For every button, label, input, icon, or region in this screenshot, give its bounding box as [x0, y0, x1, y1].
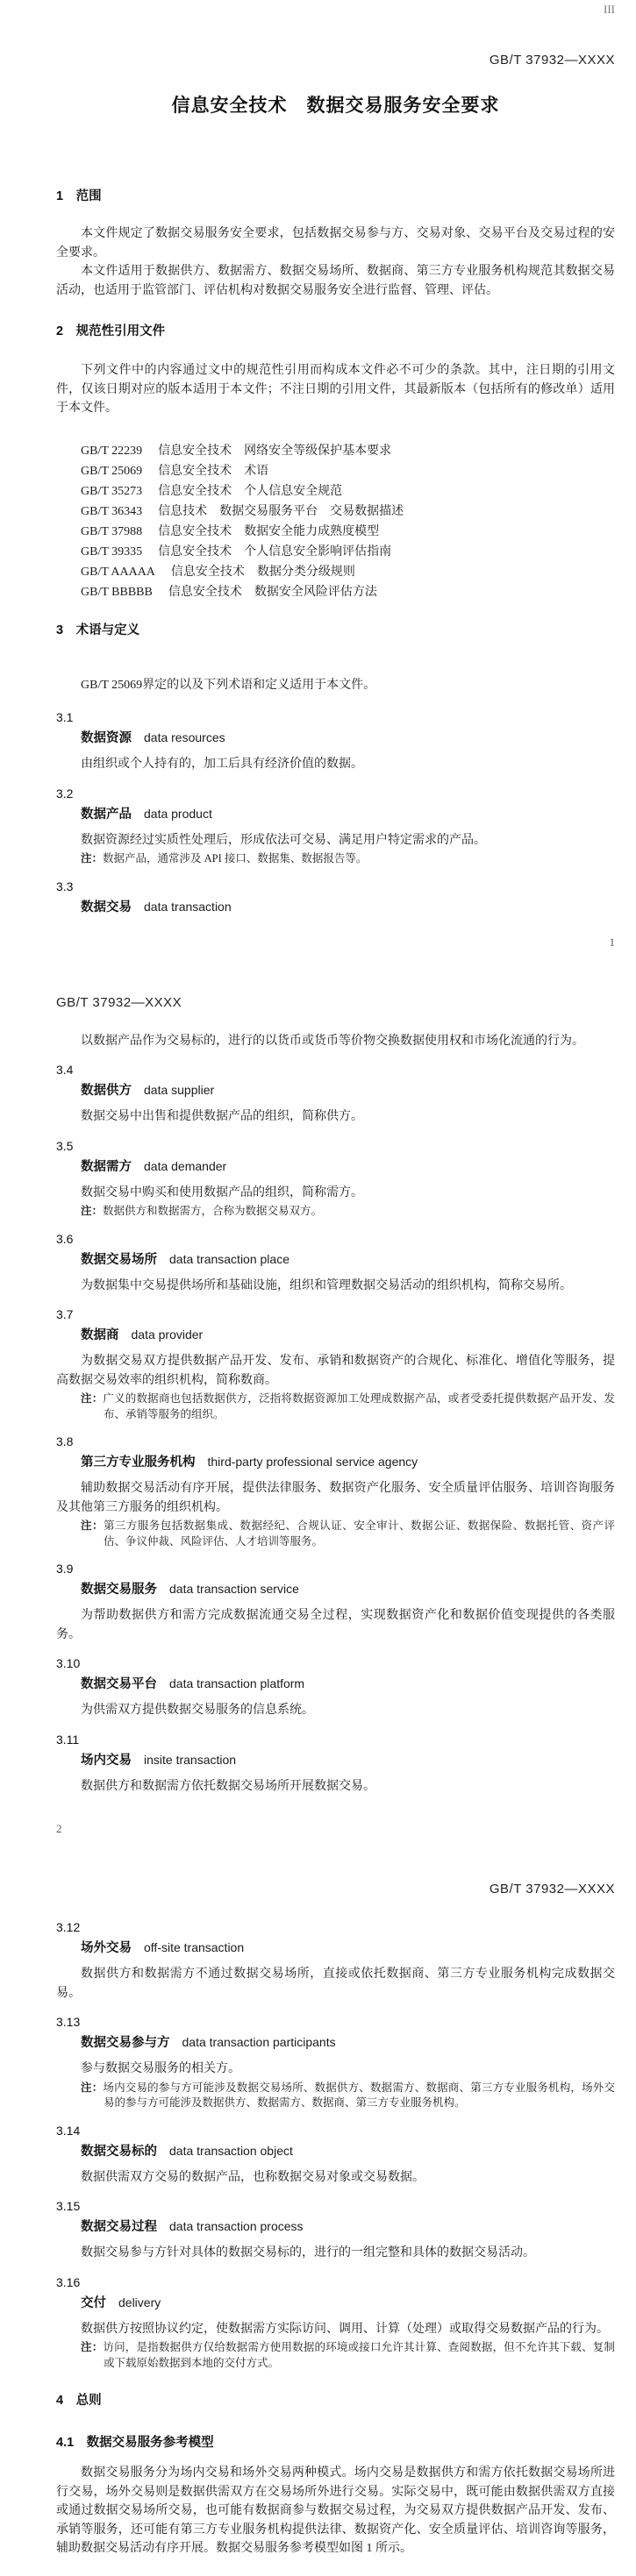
term-definition: 辅助数据交易活动有序开展，提供法律服务、数据资产化服务、安全质量评估服务、培训咨… — [56, 1479, 615, 1517]
term-number: 3.5 — [56, 1137, 615, 1155]
term-title: 数据产品data product — [56, 805, 615, 823]
note-text: 访问，是指数据供方仅给数据需方使用数据的环境或接口允许其计算、查阅数据，但不允许… — [103, 2341, 615, 2369]
term-zh: 数据交易标的 — [81, 2145, 157, 2159]
term-3-11: 3.11 场内交易insite transaction 数据供方和数据需方依托数… — [56, 1731, 615, 1797]
reference-title: 信息技术 数据交易服务平台 交易数据描述 — [158, 502, 404, 522]
note-text: 数据产品，通常涉及 API 接口、数据集、数据报告等。 — [103, 852, 367, 865]
term-zh: 数据交易场所 — [81, 1253, 157, 1267]
reference-code: GB/T 37988 — [81, 522, 142, 542]
term-zh: 数据产品 — [81, 808, 132, 822]
section-3-heading: 3 术语与定义 — [56, 622, 615, 639]
term-definition: 为数据交易双方提供数据产品开发、发布、承销和数据资产的合规化、标准化、增值化等服… — [56, 1352, 615, 1390]
term-title: 第三方专业服务机构third-party professional servic… — [56, 1453, 615, 1471]
term-number: 3.9 — [56, 1560, 615, 1577]
term-definition: 以数据产品作为交易标的，进行的以货币或货币等价物交换数据使用权和市场化流通的行为… — [56, 1032, 615, 1051]
term-note: 注：数据产品，通常涉及 API 接口、数据集、数据报告等。 — [81, 851, 615, 867]
term-definition: 数据交易中出售和提供数据产品的组织，简称供方。 — [56, 1107, 615, 1127]
term-3-4: 3.4 数据供方data supplier 数据交易中出售和提供数据产品的组织，… — [56, 1061, 615, 1127]
term-3-13: 3.13 数据交易参与方data transaction participant… — [56, 2013, 615, 2111]
term-number: 3.14 — [56, 2122, 615, 2139]
term-definition: 数据供方和数据需方依托数据交易场所开展数据交易。 — [56, 1777, 615, 1797]
term-definition: 为数据集中交易提供场所和基础设施，组织和管理数据交易活动的组织机构，简称交易所。 — [56, 1277, 615, 1296]
note-text: 场内交易的参与方可能涉及数据交易场所、数据供方、数据需方、数据商、第三方专业服务… — [103, 2081, 615, 2110]
term-3-9: 3.9 数据交易服务data transaction service 为帮助数据… — [56, 1560, 615, 1644]
term-title: 场内交易insite transaction — [56, 1751, 615, 1769]
term-zh: 数据商 — [81, 1328, 119, 1342]
term-zh: 场外交易 — [81, 1941, 132, 1955]
term-definition: 数据供需双方交易的数据产品，也称数据交易对象或交易数据。 — [56, 2168, 615, 2188]
page-number-1: 1 — [56, 936, 615, 950]
term-definition: 数据供方按照协议约定，使数据需方实际访问、调用、计算（处理）或取得交易数据产品的… — [56, 2320, 615, 2339]
note-text: 广义的数据商也包括数据供方，泛指将数据资源加工处理成数据产品，或者受委托提供数据… — [103, 1392, 615, 1420]
term-3-7: 3.7 数据商data provider 为数据交易双方提供数据产品开发、发布、… — [56, 1306, 615, 1422]
term-zh: 数据交易平台 — [81, 1677, 157, 1691]
term-en: data transaction service — [169, 1582, 299, 1596]
term-zh: 数据交易参与方 — [81, 2036, 170, 2050]
term-title: 数据交易服务data transaction service — [56, 1580, 615, 1598]
section-3-intro: GB/T 25069界定的以及下列术语和定义适用于本文件。 — [56, 676, 615, 695]
term-en: insite transaction — [144, 1753, 236, 1767]
page-header-code: GB/T 37932—XXXX — [56, 995, 615, 1011]
term-en: data supplier — [144, 1083, 214, 1097]
term-title: 场外交易off-site transaction — [56, 1939, 615, 1957]
reference-item: GB/T 37988信息安全技术 数据安全能力成熟度模型 — [81, 522, 615, 542]
note-label: 注： — [81, 1205, 103, 1217]
term-en: data product — [144, 807, 212, 821]
reference-title: 信息安全技术 网络安全等级保护基本要求 — [158, 441, 391, 461]
normative-references-list: GB/T 22239信息安全技术 网络安全等级保护基本要求 GB/T 25069… — [56, 441, 615, 602]
term-zh: 数据需方 — [81, 1160, 132, 1174]
term-en: data transaction place — [169, 1252, 289, 1266]
reference-code: GB/T 35273 — [81, 481, 142, 502]
term-number: 3.10 — [56, 1654, 615, 1672]
section-4-1-heading: 4.1 数据交易服务参考模型 — [56, 2434, 615, 2451]
term-zh: 数据交易过程 — [81, 2220, 157, 2234]
note-label: 注： — [81, 1519, 104, 1532]
term-definition: 数据资源经过实质性处理后，形成依法可交易、满足用户特定需求的产品。 — [56, 831, 615, 850]
term-number: 3.6 — [56, 1230, 615, 1248]
document-title: 信息安全技术 数据交易服务安全要求 — [56, 93, 615, 119]
term-3-6: 3.6 数据交易场所data transaction place 为数据集中交易… — [56, 1230, 615, 1296]
note-text: 第三方服务包括数据集成、数据经纪、合规认证、安全审计、数据公证、数据保险、数据托… — [104, 1519, 615, 1548]
term-definition: 由组织或个人持有的，加工后具有经济价值的数据。 — [56, 755, 615, 774]
section-2-intro: 下列文件中的内容通过文中的规范性引用而构成本文件必不可少的条款。其中，注日期的引… — [56, 361, 615, 418]
reference-title: 信息安全技术 术语 — [158, 461, 268, 481]
term-definition: 为帮助数据供方和需方完成数据流通交易全过程，实现数据资产化和数据价值变现提供的各… — [56, 1606, 615, 1644]
term-title: 数据需方data demander — [56, 1157, 615, 1176]
reference-item: GB/T 25069信息安全技术 术语 — [81, 461, 615, 481]
section-1-paragraph-1: 本文件规定了数据交易服务安全要求，包括数据交易参与方、交易对象、交易平台及交易过… — [56, 224, 615, 262]
term-title: 数据交易平台data transaction platform — [56, 1675, 615, 1693]
reference-item: GB/T 36343信息技术 数据交易服务平台 交易数据描述 — [81, 502, 615, 522]
reference-code: GB/T 22239 — [81, 441, 142, 461]
page-number-roman: III — [56, 4, 615, 16]
term-number: 3.7 — [56, 1306, 615, 1323]
term-zh: 数据交易 — [81, 900, 132, 914]
term-definition: 参与数据交易服务的相关方。 — [56, 2060, 615, 2079]
term-definition: 数据交易参与方针对具体的数据交易标的，进行的一组完整和具体的数据交易活动。 — [56, 2244, 615, 2263]
term-zh: 数据供方 — [81, 1084, 132, 1098]
section-1-heading: 1 范围 — [56, 188, 615, 205]
reference-item: GB/T BBBBB信息安全技术 数据安全风险评估方法 — [81, 582, 615, 602]
document-page: III GB/T 37932—XXXX 信息安全技术 数据交易服务安全要求 1 … — [0, 0, 636, 2576]
reference-title: 信息安全技术 数据安全风险评估方法 — [168, 582, 377, 602]
reference-code: GB/T 39335 — [81, 542, 142, 562]
term-3-8: 3.8 第三方专业服务机构third-party professional se… — [56, 1433, 615, 1549]
term-3-3: 3.3 数据交易data transaction — [56, 878, 615, 916]
term-number: 3.3 — [56, 878, 615, 895]
term-definition: 为供需双方提供数据交易服务的信息系统。 — [56, 1701, 615, 1720]
term-en: data transaction — [144, 900, 232, 914]
term-en: data transaction process — [169, 2219, 304, 2233]
term-number: 3.2 — [56, 785, 615, 802]
term-en: data resources — [144, 730, 225, 744]
note-label: 注： — [81, 1392, 103, 1405]
reference-title: 信息安全技术 数据分类分级规则 — [171, 562, 355, 582]
term-en: data transaction platform — [169, 1676, 304, 1690]
reference-item: GB/T 22239信息安全技术 网络安全等级保护基本要求 — [81, 441, 615, 461]
term-note: 注：第三方服务包括数据集成、数据经纪、合规认证、安全审计、数据公证、数据保险、数… — [81, 1519, 615, 1549]
reference-title: 信息安全技术 个人信息安全规范 — [158, 481, 342, 502]
term-title: 数据交易参与方data transaction participants — [56, 2033, 615, 2052]
reference-code: GB/T BBBBB — [81, 582, 153, 602]
section-4-heading: 4 总则 — [56, 2392, 615, 2409]
section-4-1-paragraph: 数据交易服务分为场内交易和场外交易两种模式。场内交易是数据供方和需方依托数据交易… — [56, 2464, 615, 2558]
reference-title: 信息安全技术 个人信息安全影响评估指南 — [158, 542, 391, 562]
term-number: 3.16 — [56, 2274, 615, 2291]
term-note: 注：场内交易的参与方可能涉及数据交易场所、数据供方、数据需方、数据商、第三方专业… — [81, 2081, 615, 2111]
term-3-16: 3.16 交付delivery 数据供方按照协议约定，使数据需方实际访问、调用、… — [56, 2274, 615, 2372]
term-zh: 数据资源 — [81, 731, 132, 745]
reference-code: GB/T 36343 — [81, 502, 142, 522]
term-en: delivery — [118, 2295, 161, 2309]
term-3-1: 3.1 数据资源data resources 由组织或个人持有的，加工后具有经济… — [56, 708, 615, 774]
note-label: 注： — [81, 2081, 103, 2094]
term-3-15: 3.15 数据交易过程data transaction process 数据交易… — [56, 2197, 615, 2263]
term-3-14: 3.14 数据交易标的data transaction object 数据供需双… — [56, 2122, 615, 2188]
term-title: 数据供方data supplier — [56, 1081, 615, 1099]
note-text: 数据供方和数据需方，合称为数据交易双方。 — [103, 1205, 322, 1217]
note-label: 注： — [81, 2341, 103, 2353]
term-number: 3.12 — [56, 1918, 615, 1936]
reference-code: GB/T 25069 — [81, 461, 142, 481]
note-label: 注： — [81, 852, 103, 865]
term-note: 注：访问，是指数据供方仅给数据需方使用数据的环境或接口允许其计算、查阅数据，但不… — [81, 2340, 615, 2371]
term-definition: 数据供方和数据需方不通过数据交易场所，直接或依托数据商、第三方专业服务机构完成数… — [56, 1965, 615, 2003]
term-number: 3.4 — [56, 1061, 615, 1078]
term-number: 3.11 — [56, 1731, 615, 1748]
term-3-10: 3.10 数据交易平台data transaction platform 为供需… — [56, 1654, 615, 1720]
term-en: data demander — [144, 1159, 226, 1173]
term-title: 数据交易场所data transaction place — [56, 1250, 615, 1269]
term-title: 数据商data provider — [56, 1326, 615, 1344]
term-number: 3.8 — [56, 1433, 615, 1450]
term-3-12: 3.12 场外交易off-site transaction 数据供方和数据需方不… — [56, 1918, 615, 2003]
reference-item: GB/T 39335信息安全技术 个人信息安全影响评估指南 — [81, 542, 615, 562]
term-number: 3.1 — [56, 708, 615, 726]
page-header-code: GB/T 37932—XXXX — [56, 53, 615, 68]
term-3-5: 3.5 数据需方data demander 数据交易中购买和使用数据产品的组织，… — [56, 1137, 615, 1220]
term-title: 数据交易标的data transaction object — [56, 2142, 615, 2160]
term-zh: 数据交易服务 — [81, 1583, 157, 1597]
term-number: 3.15 — [56, 2197, 615, 2215]
section-1-paragraph-2: 本文件适用于数据供方、数据需方、数据交易场所、数据商、第三方专业服务机构规范其数… — [56, 262, 615, 300]
term-title: 数据资源data resources — [56, 729, 615, 747]
page-header-code: GB/T 37932—XXXX — [56, 1882, 615, 1897]
term-en: third-party professional service agency — [208, 1455, 418, 1469]
term-title: 数据交易data transaction — [56, 898, 615, 916]
page-number-2: 2 — [56, 1822, 615, 1836]
reference-item: GB/T AAAAA信息安全技术 数据分类分级规则 — [81, 562, 615, 582]
reference-code: GB/T AAAAA — [81, 562, 155, 582]
term-en: data provider — [132, 1327, 204, 1341]
section-2-heading: 2 规范性引用文件 — [56, 323, 615, 340]
reference-item: GB/T 35273信息安全技术 个人信息安全规范 — [81, 481, 615, 502]
term-3-2: 3.2 数据产品data product 数据资源经过实质性处理后，形成依法可交… — [56, 785, 615, 867]
term-note: 注：广义的数据商也包括数据供方，泛指将数据资源加工处理成数据产品，或者受委托提供… — [81, 1391, 615, 1422]
term-definition: 数据交易中购买和使用数据产品的组织，简称需方。 — [56, 1184, 615, 1203]
term-note: 注：数据供方和数据需方，合称为数据交易双方。 — [81, 1204, 615, 1220]
reference-title: 信息安全技术 数据安全能力成熟度模型 — [158, 522, 379, 542]
term-title: 交付delivery — [56, 2294, 615, 2312]
term-zh: 第三方专业服务机构 — [81, 1455, 196, 1469]
term-en: data transaction object — [169, 2144, 293, 2158]
term-en: off-site transaction — [144, 1940, 244, 1954]
term-number: 3.13 — [56, 2013, 615, 2031]
term-title: 数据交易过程data transaction process — [56, 2217, 615, 2236]
term-en: data transaction participants — [182, 2035, 336, 2049]
term-zh: 交付 — [81, 2296, 106, 2310]
term-zh: 场内交易 — [81, 1754, 132, 1768]
